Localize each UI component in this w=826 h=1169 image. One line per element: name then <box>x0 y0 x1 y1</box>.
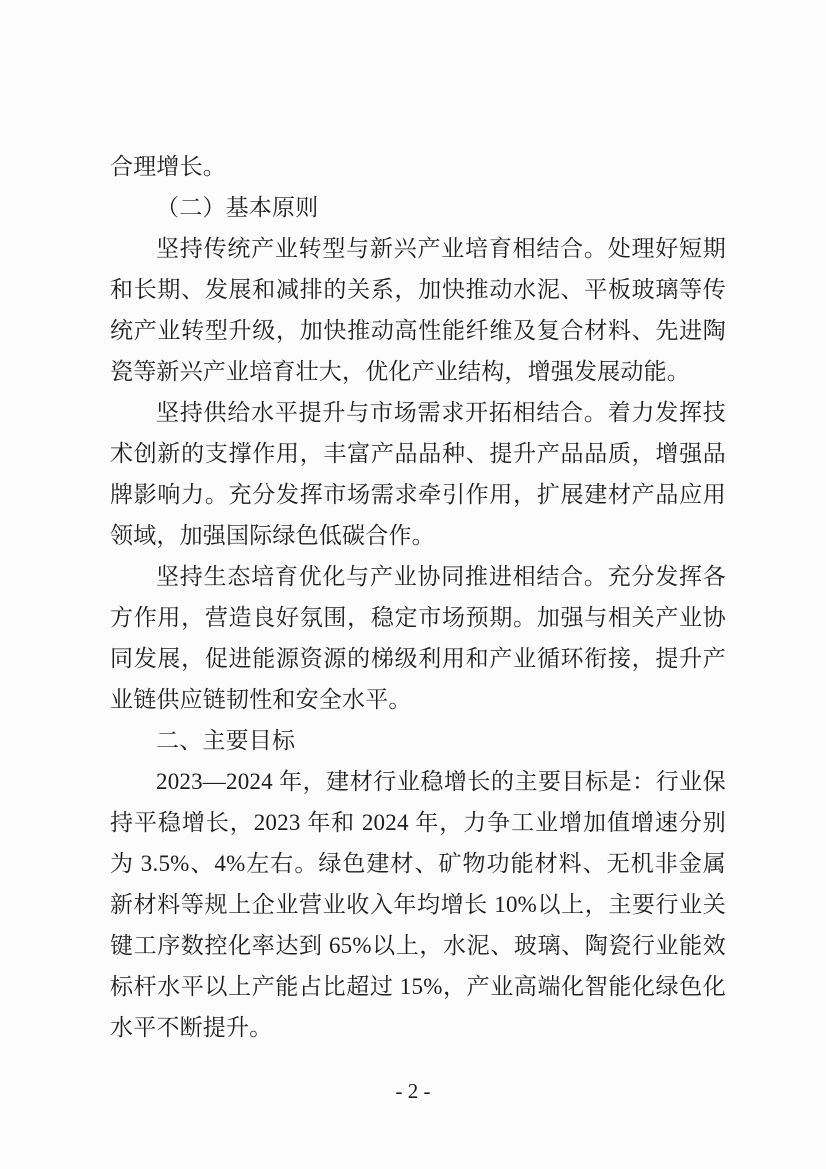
paragraph-principle-ecosystem: 坚持生态培育优化与产业协同推进相结合。充分发挥各方作用，营造良好氛围，稳定市场预… <box>110 556 726 720</box>
subsection-heading-basic-principles: （二）基本原则 <box>110 187 726 228</box>
paragraph-main-targets: 2023—2024 年，建材行业稳增长的主要目标是：行业保持平稳增长，2023 … <box>110 761 726 1048</box>
paragraph-principle-transform: 坚持传统产业转型与新兴产业培育相结合。处理好短期和长期、发展和减排的关系，加快推… <box>110 228 726 392</box>
paragraph-continuation: 合理增长。 <box>110 146 726 187</box>
page-number: - 2 - <box>0 1076 826 1106</box>
page-body: 合理增长。 （二）基本原则 坚持传统产业转型与新兴产业培育相结合。处理好短期和长… <box>110 146 726 1048</box>
document-page: 合理增长。 （二）基本原则 坚持传统产业转型与新兴产业培育相结合。处理好短期和长… <box>0 0 826 1169</box>
paragraph-principle-supply-demand: 坚持供给水平提升与市场需求开拓相结合。着力发挥技术创新的支撑作用，丰富产品品种、… <box>110 392 726 556</box>
section-heading-main-targets: 二、主要目标 <box>110 720 726 761</box>
